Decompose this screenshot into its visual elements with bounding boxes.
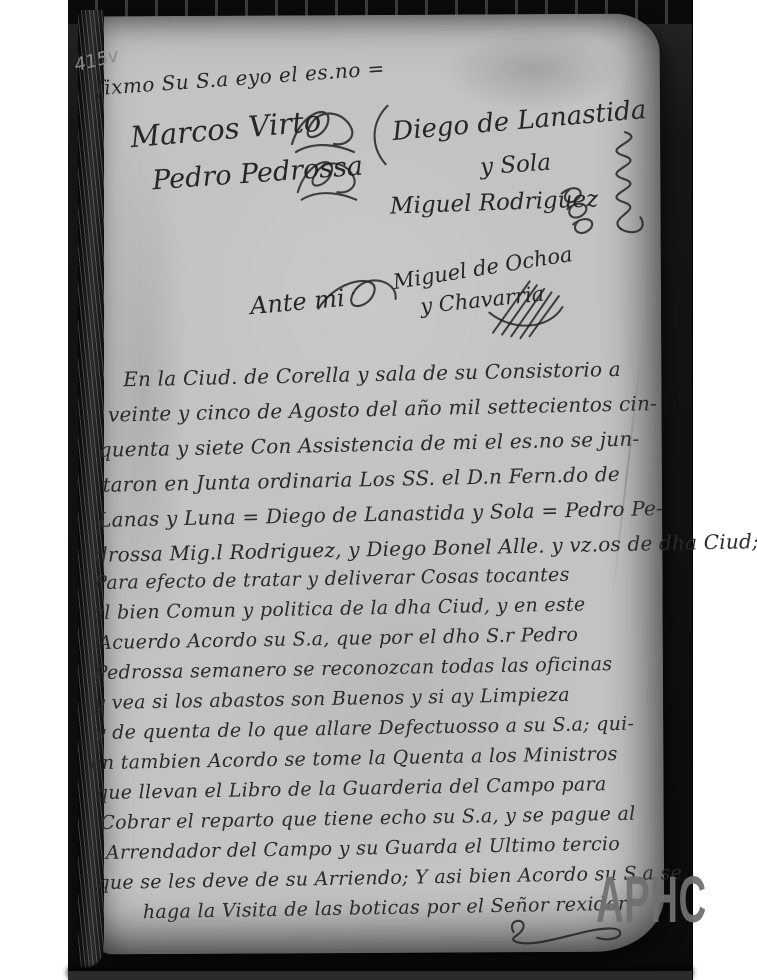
archive-watermark: APHC (596, 866, 707, 932)
signature-diego-lanastida-line2: y Sola (479, 150, 552, 181)
paren-swash-diego (368, 102, 392, 168)
rubric-flourish-escribano (482, 276, 568, 340)
manuscript-scan: 415v fixmo Su S.a eyo el es.no = Marcos … (0, 0, 757, 980)
rubric-flourish-rodriguez (552, 178, 606, 240)
table-surface (68, 971, 692, 980)
rubric-flourish-pedrossa (294, 150, 360, 206)
body-paragraph-1: En la Ciud. de Corella y sala de su Cons… (91, 349, 757, 573)
body-paragraph-2: Para efecto de tratar y deliverar Cosas … (87, 558, 683, 928)
ante-mi-swash (314, 270, 402, 324)
